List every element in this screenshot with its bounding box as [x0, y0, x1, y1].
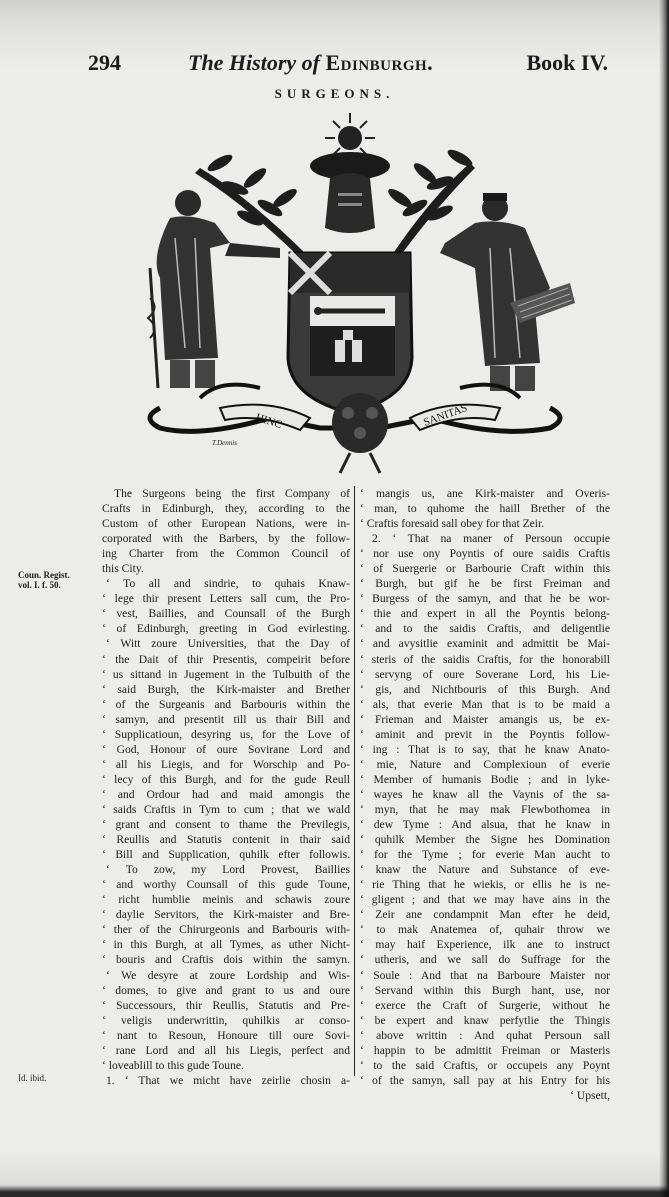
text-line: ‘ nor use ony Poyntis of oure saidis Cra… [360, 546, 610, 561]
text-line: ‘ lege thir present Letters sall cum, th… [102, 591, 350, 606]
book-page: 294 The History of Edinburgh. Book IV. S… [0, 0, 669, 1197]
text-line: ‘ to the said Craftis, or occupeis any P… [360, 1058, 610, 1073]
text-line: ‘ mangis us, ane Kirk-maister and Overis… [360, 486, 610, 501]
text-line: ‘ and avysitlie examinit and admittit be… [360, 636, 610, 651]
text-line: ‘ domes, to give and grant to us and our… [102, 983, 350, 998]
shield-icon [288, 253, 412, 413]
text-line: Crafts in Edinburgh, they, according to … [102, 501, 350, 516]
helmet-icon [325, 173, 375, 233]
text-line: ‘ Bill and Supplication, quhilk efter fo… [102, 847, 350, 862]
text-line: ‘ Frieman and Maister amangis us, be ex- [360, 712, 610, 727]
text-line: ‘ God, Honour of oure Sovirane Lord and [102, 742, 350, 757]
text-line: ‘ Soule : And that na Barboure Maister n… [360, 968, 610, 983]
text-line: ‘ and worthy Counsall of this gude Toune… [102, 877, 350, 892]
text-line: ‘ man, to quhome the haill Brether of th… [360, 501, 610, 516]
text-line: ‘ happin to be admittit Freiman or Maste… [360, 1043, 610, 1058]
text-line: ‘ be expert and knaw perfytlie the Thing… [360, 1013, 610, 1028]
text-line: ‘ Supplicatioun, desyring us, for the Lo… [102, 727, 350, 742]
text-line: ‘ grant and consent to thame the Previle… [102, 817, 350, 832]
text-line: ‘ veligis underwrittin, quhilkis ar cons… [102, 1013, 350, 1028]
text-line: ‘ utheris, and we sall do Suffrage for t… [360, 952, 610, 967]
text-line: ‘ in this Burgh, at all Tymes, as uther … [102, 937, 350, 952]
text-line: ‘ gligent ; and that we may have ains in… [360, 892, 610, 907]
text-line: ‘ wayes he knaw all the Vaynis of the sa… [360, 787, 610, 802]
text-line: ‘ rane Lord and all his Liegis, perfect … [102, 1043, 350, 1058]
cartouche-scroll-icon: HINC SANITAS [150, 385, 560, 473]
margin-note-council-register: Coun. Regist. vol. I. f. 50. [18, 570, 70, 590]
right-supporter-figure-icon [440, 193, 575, 391]
text-line: ‘ steris of the saidis Craftis, for the … [360, 652, 610, 667]
text-line: ‘ knaw the Nature and Substance of eve- [360, 862, 610, 877]
text-line: ‘ of the Surgeanis and Barbouris within … [102, 697, 350, 712]
text-line: ‘ exerce the Craft of Surgerie, without … [360, 998, 610, 1013]
text-line: ‘ Member of humanis Bodie ; and in lyke- [360, 772, 610, 787]
catchword: ‘ Upsett, [360, 1088, 610, 1103]
running-head: 294 The History of Edinburgh. Book IV. [88, 50, 608, 78]
text-line: ‘ ther of the Chirurgeonis and Barbouris… [102, 922, 350, 937]
text-line: ‘ the Dait of thir Presentis, compeirit … [102, 652, 350, 667]
text-line: 1. ‘ That we micht have zeirlie chosin a… [102, 1073, 350, 1088]
left-text-column: The Surgeons being the first Company of … [102, 486, 350, 1088]
text-line: ‘ Craftis foresaid sall obey for that Ze… [360, 516, 610, 531]
text-line: ‘ mie, Nature and Complexioun of everie [360, 757, 610, 772]
text-line: ‘ richt humblie meinis and schawis zoure [102, 892, 350, 907]
text-line: ‘ Reullis and Statutis contenit in thair… [102, 832, 350, 847]
text-line: ‘ myn, that he may mak Flewbothomea in [360, 802, 610, 817]
text-line: ‘ us sittand in Jugement in the Tulbuith… [102, 667, 350, 682]
text-line: ‘ daylie Servitors, the Kirk-maister and… [102, 907, 350, 922]
text-line: ‘ nant to Resoun, Honoure till oure Sovi… [102, 1028, 350, 1043]
text-line: ‘ We desyre at zoure Lordship and Wis- [102, 968, 350, 983]
text-line: ‘ als, that everie Man that is to be mai… [360, 697, 610, 712]
text-line: ing Charter from the Common Council of [102, 546, 350, 561]
text-line: ‘ of the samyn, sall pay at his Entry fo… [360, 1073, 610, 1088]
text-line: ‘ rie Thing that he wiekis, or ellis he … [360, 877, 610, 892]
text-line: ‘ dew Tyme : And alsua, that he knaw in [360, 817, 610, 832]
text-line: ‘ Successours, thir Reullis, Statutis an… [102, 998, 350, 1013]
text-line: ‘ thie and expert in all the Poyntis bel… [360, 606, 610, 621]
text-line: this City. [102, 561, 350, 576]
column-rule [354, 486, 355, 1076]
text-line: ‘ saids Craftis in Tym to cum ; that we … [102, 802, 350, 817]
text-line: ‘ vest, Baillies, and Counsall of the Bu… [102, 606, 350, 621]
text-line: ‘ servyng of oure Soverane Lord, his Lie… [360, 667, 610, 682]
text-line: ‘ loveablill to this gude Toune. [102, 1058, 350, 1073]
text-line: ‘ Burgh, but gif he be first Freiman and [360, 576, 610, 591]
text-line: ‘ Zeir ane condampnit Man efter he deid, [360, 907, 610, 922]
text-line: ‘ all his Liegis, and for Worschip and P… [102, 757, 350, 772]
text-line: ‘ for the Tyme ; for everie Man aucht to [360, 847, 610, 862]
text-line: ‘ samyn, and presentit till us thair Bil… [102, 712, 350, 727]
text-line: ‘ of Suergerie or Barbourie Craft within… [360, 561, 610, 576]
text-line: ‘ Burgess of the samyn, and that he be w… [360, 591, 610, 606]
text-line: ‘ bouris and Craftis dois within the sam… [102, 952, 350, 967]
text-line: ‘ of Edinburgh, greeting in God evirlest… [102, 621, 350, 636]
text-line: ‘ ing : That is to say, that he knaw Ana… [360, 742, 610, 757]
text-line: corporated with the Barbers, by the foll… [102, 531, 350, 546]
text-line: ‘ to mak Anatemea of, quhair throw we [360, 922, 610, 937]
text-line: ‘ said Burgh, the Kirk-maister and Breth… [102, 682, 350, 697]
sun-crest-icon [310, 113, 390, 180]
text-line: ‘ and Ordour had and maid amongis the [102, 787, 350, 802]
section-heading: SURGEONS. [0, 86, 669, 102]
book-number: Book IV. [526, 50, 608, 76]
text-line: ‘ lecy of this Burgh, and for the gude R… [102, 772, 350, 787]
text-line: ‘ above writtin : And quhat Persoun sall [360, 1028, 610, 1043]
page-number: 294 [88, 50, 121, 76]
page-edge-shadow [659, 0, 669, 1197]
running-title-caps: Edinburgh. [326, 50, 434, 75]
margin-note-id-ibid: Id. ibid. [18, 1073, 46, 1083]
running-title: The History of Edinburgh. [188, 50, 433, 76]
text-line: ‘ quhilk Member the Signe hes Domination [360, 832, 610, 847]
text-line: ‘ gis, and Nichtbouris of this Burgh. An… [360, 682, 610, 697]
text-line: ‘ Servand within this Burgh hant, use, n… [360, 983, 610, 998]
text-line: The Surgeons being the first Company of [102, 486, 350, 501]
text-line: ‘ To zow, my Lord Provest, Baillies [102, 862, 350, 877]
text-line: Custom of other European Nations, were i… [102, 516, 350, 531]
text-line: ‘ To all and sindrie, to quhais Knaw- [102, 576, 350, 591]
text-line: ‘ and to the saidis Craftis, and deligen… [360, 621, 610, 636]
right-text-column: ‘ mangis us, ane Kirk-maister and Overis… [360, 486, 610, 1103]
text-line: ‘ Witt zoure Universities, that the Day … [102, 636, 350, 651]
engraver-signature: T.Dennis [212, 439, 237, 447]
coat-of-arms-illustration: HINC SANITAS [140, 108, 580, 478]
text-line: ‘ aminit and previt in the Poyntis follo… [360, 727, 610, 742]
text-line: 2. ‘ That na maner of Persoun occupie [360, 531, 610, 546]
running-title-italic: The History of [188, 50, 320, 75]
text-line: ‘ may haif Experience, ilk ane to instru… [360, 937, 610, 952]
